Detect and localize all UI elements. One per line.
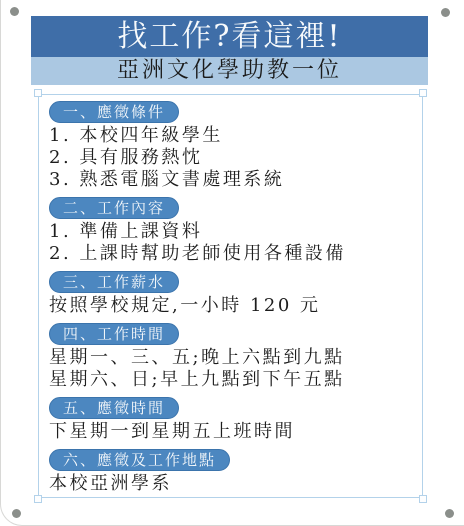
pin-dot-top-left	[10, 7, 19, 16]
frame-corner-ornament-top-right	[419, 89, 427, 97]
frame-corner-ornament-bottom-left	[34, 495, 42, 503]
content-frame: 一、應徵條件 1. 本校四年級學生 2. 具有服務熱忱 3. 熟悉電腦文書處理系…	[38, 94, 423, 498]
section-lines: 下星期一到星期五上班時間	[49, 421, 414, 443]
requirement-item-1: 1. 本校四年級學生	[49, 125, 414, 147]
flyer-title: 找工作?看這裡!	[31, 16, 428, 57]
frame-corner-ornament-bottom-right	[419, 495, 427, 503]
work-hours-line-1: 星期一、三、五;晚上六點到九點	[49, 347, 414, 369]
section-title-pill-requirements: 一、應徵條件	[49, 101, 179, 123]
duty-item-2: 2. 上課時幫助老師使用各種設備	[49, 243, 414, 265]
section-lines: 1. 本校四年級學生 2. 具有服務熱忱 3. 熟悉電腦文書處理系統	[49, 125, 414, 191]
salary-text: 按照學校規定,一小時 120 元	[49, 295, 414, 317]
frame-corner-ornament-top-left	[34, 89, 42, 97]
work-hours-line-2: 星期六、日;早上九點到下午五點	[49, 369, 414, 391]
section-location: 六、應徵及工作地點 本校亞洲學系	[49, 449, 414, 495]
section-title-pill-duties: 二、工作內容	[49, 197, 179, 219]
section-duties: 二、工作內容 1. 準備上課資料 2. 上課時幫助老師使用各種設備	[49, 197, 414, 265]
duty-item-1: 1. 準備上課資料	[49, 221, 414, 243]
title-banner: 找工作?看這裡! 亞洲文化學助教一位	[31, 16, 428, 85]
section-title-pill-application-period: 五、應徵時間	[49, 397, 179, 419]
section-lines: 按照學校規定,一小時 120 元	[49, 295, 414, 317]
requirement-item-3: 3. 熟悉電腦文書處理系統	[49, 169, 414, 191]
section-requirements: 一、應徵條件 1. 本校四年級學生 2. 具有服務熱忱 3. 熟悉電腦文書處理系…	[49, 101, 414, 191]
section-title-pill-location: 六、應徵及工作地點	[49, 449, 230, 471]
section-application-period: 五、應徵時間 下星期一到星期五上班時間	[49, 397, 414, 443]
pin-dot-bottom-left	[12, 509, 21, 518]
flyer-subtitle: 亞洲文化學助教一位	[31, 57, 428, 85]
section-lines: 本校亞洲學系	[49, 473, 414, 495]
requirement-item-2: 2. 具有服務熱忱	[49, 147, 414, 169]
application-period-text: 下星期一到星期五上班時間	[49, 421, 414, 443]
section-work-hours: 四、工作時間 星期一、三、五;晚上六點到九點 星期六、日;早上九點到下午五點	[49, 323, 414, 391]
location-text: 本校亞洲學系	[49, 473, 414, 495]
pin-dot-top-right	[441, 8, 450, 17]
section-title-pill-salary: 三、工作薪水	[49, 271, 179, 293]
section-lines: 星期一、三、五;晚上六點到九點 星期六、日;早上九點到下午五點	[49, 347, 414, 391]
section-lines: 1. 準備上課資料 2. 上課時幫助老師使用各種設備	[49, 221, 414, 265]
section-salary: 三、工作薪水 按照學校規定,一小時 120 元	[49, 271, 414, 317]
pin-dot-bottom-right	[445, 509, 454, 518]
job-flyer-page: 找工作?看這裡! 亞洲文化學助教一位 一、應徵條件 1. 本校四年級學生 2. …	[0, 0, 464, 526]
section-title-pill-work-hours: 四、工作時間	[49, 323, 179, 345]
